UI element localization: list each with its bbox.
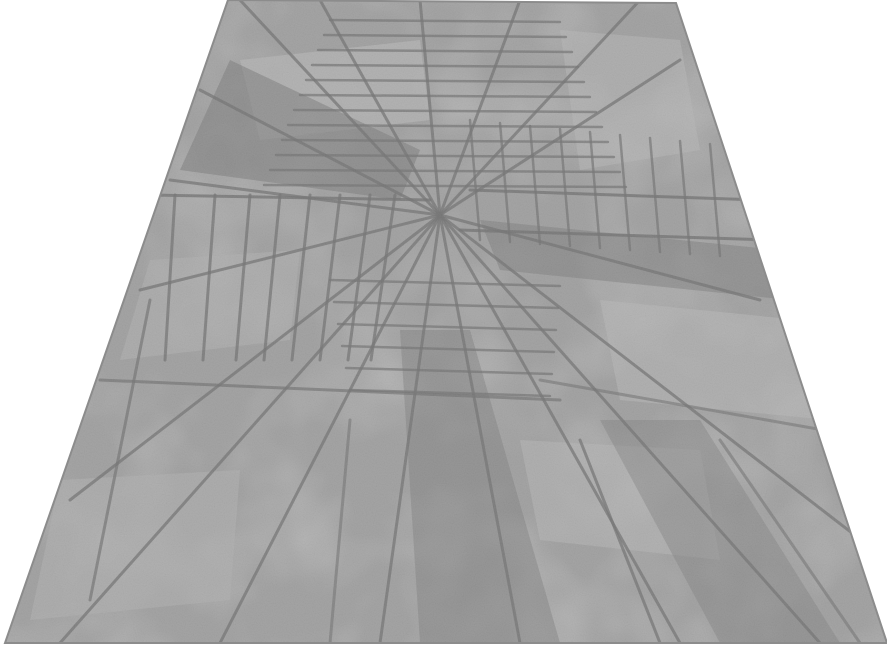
- rug-photo: [0, 0, 887, 647]
